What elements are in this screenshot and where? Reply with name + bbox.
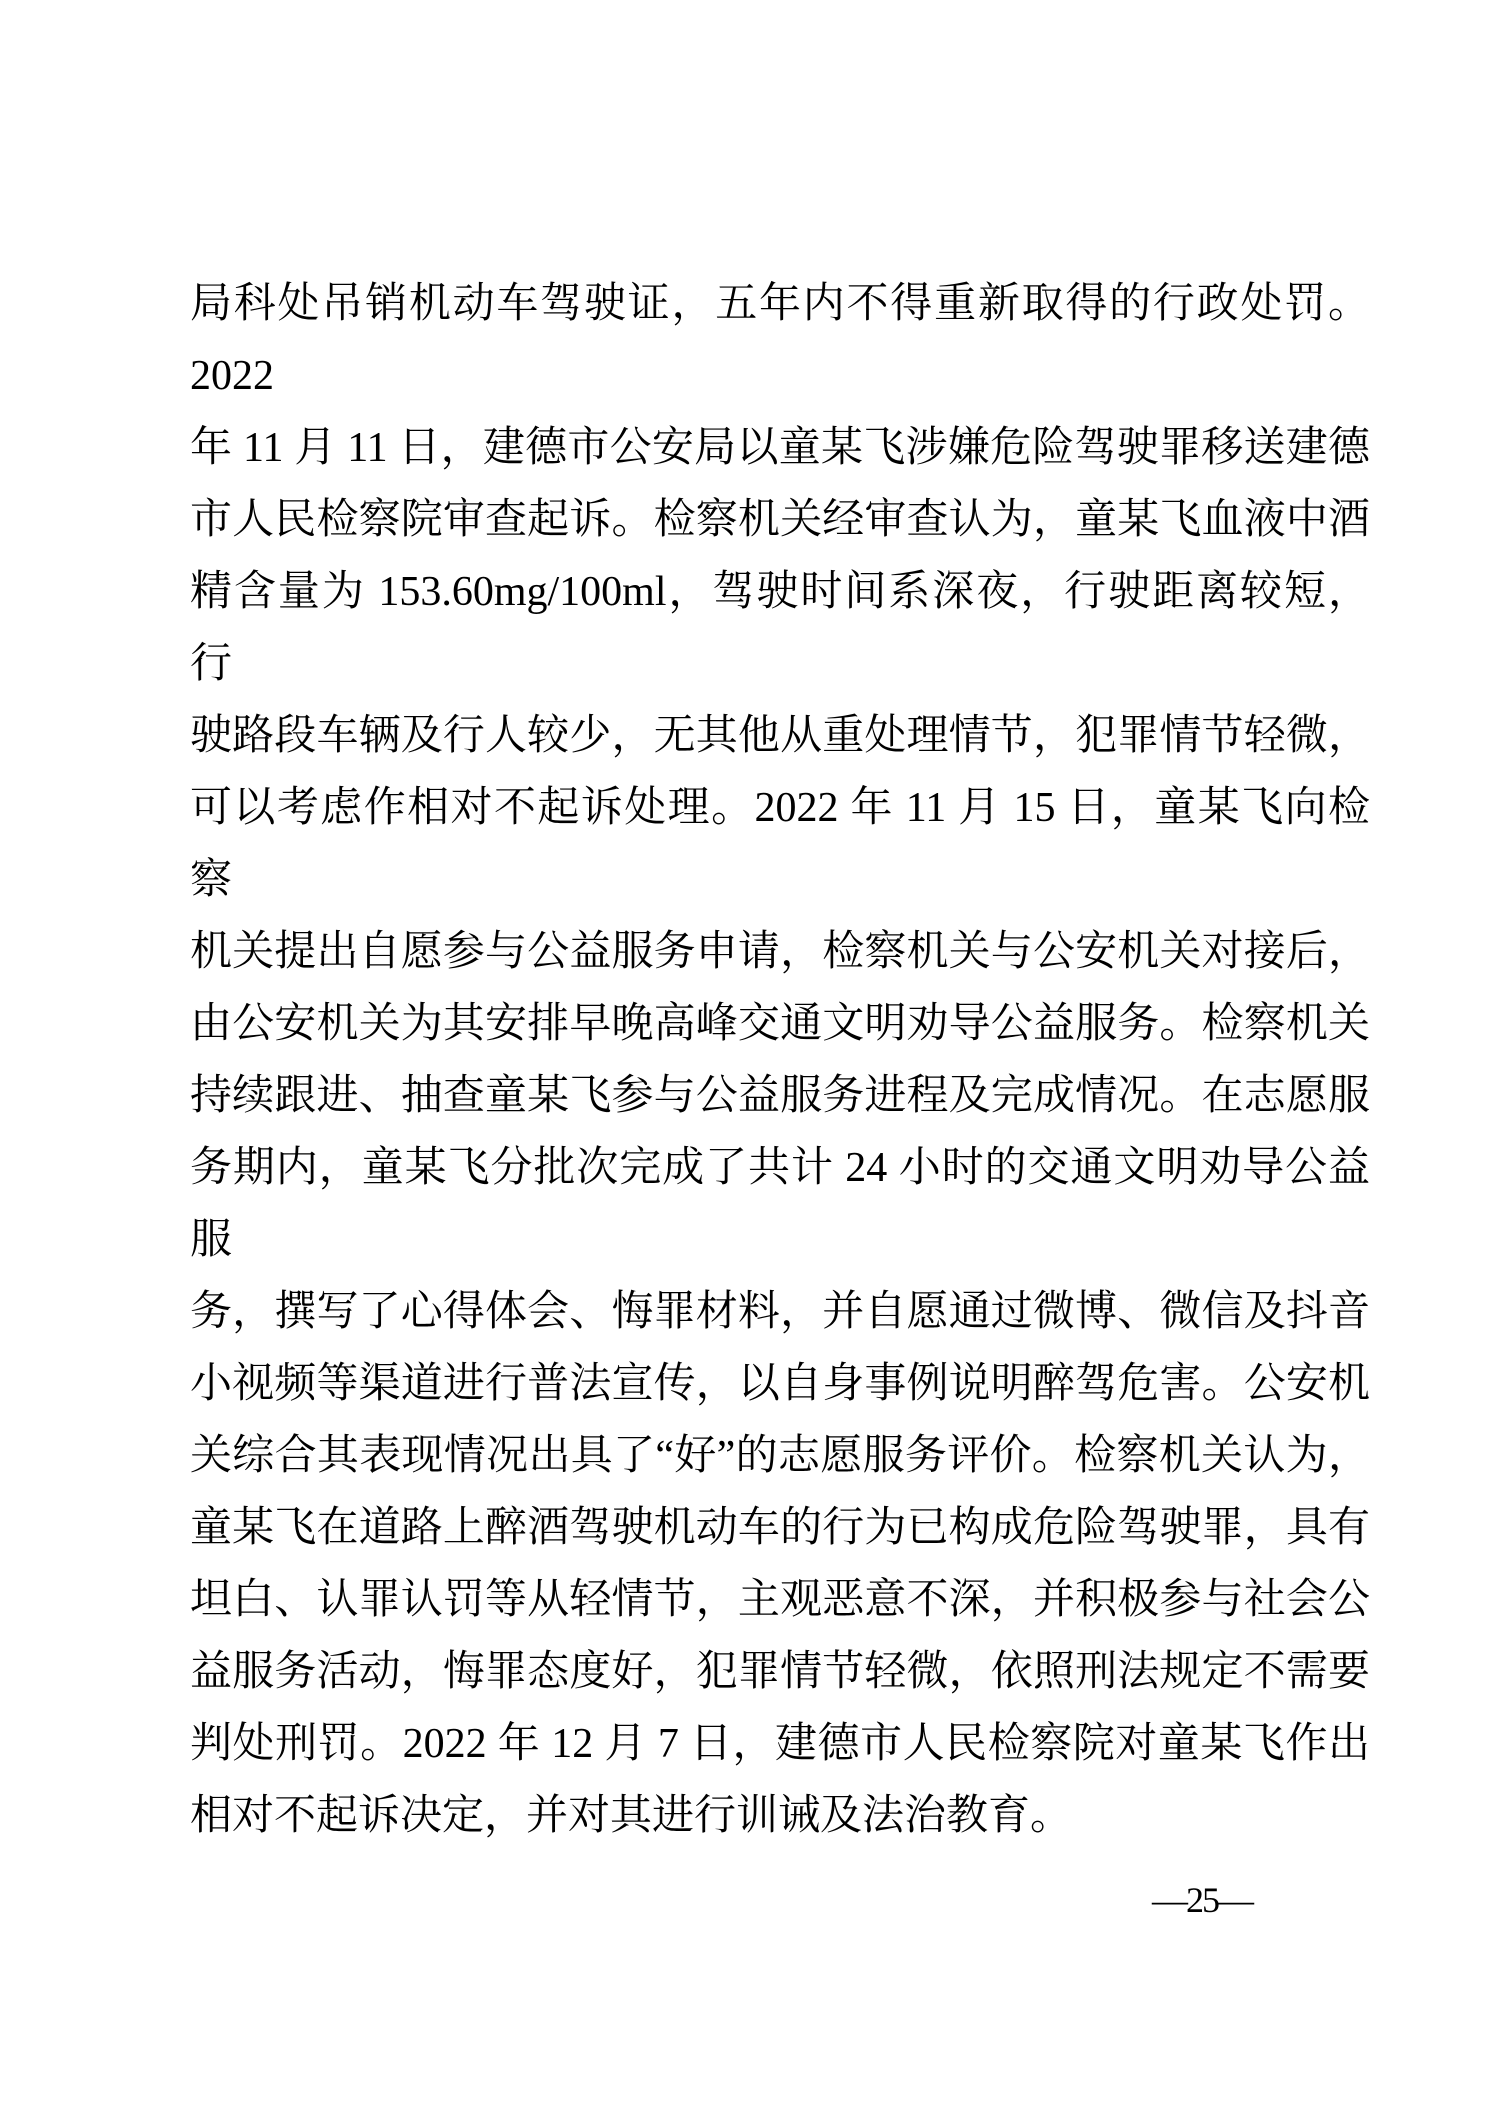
body-line: 驶路段车辆及行人较少，无其他从重处理情节，犯罪情节轻微，	[190, 700, 1370, 772]
body-line: 市人民检察院审查起诉。检察机关经审查认为，童某飞血液中酒	[190, 484, 1370, 556]
body-line: 务期内，童某飞分批次完成了共计 24 小时的交通文明劝导公益服	[190, 1132, 1370, 1276]
page-number: —25—	[1152, 1880, 1252, 1920]
body-line: 精含量为 153.60mg/100ml，驾驶时间系深夜，行驶距离较短，行	[190, 556, 1370, 700]
body-line: 益服务活动，悔罪态度好，犯罪情节轻微，依照刑法规定不需要	[190, 1636, 1370, 1708]
body-line: 坦白、认罪认罚等从轻情节，主观恶意不深，并积极参与社会公	[190, 1564, 1370, 1636]
body-line: 局科处吊销机动车驾驶证，五年内不得重新取得的行政处罚。2022	[190, 268, 1370, 412]
document-page: 局科处吊销机动车驾驶证，五年内不得重新取得的行政处罚。2022 年 11 月 1…	[0, 0, 1488, 2104]
body-line: 务，撰写了心得体会、悔罪材料，并自愿通过微博、微信及抖音	[190, 1276, 1370, 1348]
body-line: 持续跟进、抽查童某飞参与公益服务进程及完成情况。在志愿服	[190, 1060, 1370, 1132]
body-line: 童某飞在道路上醉酒驾驶机动车的行为已构成危险驾驶罪，具有	[190, 1492, 1370, 1564]
body-line: 关综合其表现情况出具了“好”的志愿服务评价。检察机关认为，	[190, 1420, 1370, 1492]
document-body: 局科处吊销机动车驾驶证，五年内不得重新取得的行政处罚。2022 年 11 月 1…	[190, 268, 1370, 1852]
body-line: 小视频等渠道进行普法宣传，以自身事例说明醉驾危害。公安机	[190, 1348, 1370, 1420]
body-line: 年 11 月 11 日，建德市公安局以童某飞涉嫌危险驾驶罪移送建德	[190, 412, 1370, 484]
body-line: 判处刑罚。2022 年 12 月 7 日，建德市人民检察院对童某飞作出	[190, 1708, 1370, 1780]
body-line: 机关提出自愿参与公益服务申请，检察机关与公安机关对接后，	[190, 916, 1370, 988]
body-line: 由公安机关为其安排早晚高峰交通文明劝导公益服务。检察机关	[190, 988, 1370, 1060]
body-line: 可以考虑作相对不起诉处理。2022 年 11 月 15 日，童某飞向检察	[190, 772, 1370, 916]
body-line: 相对不起诉决定，并对其进行训诫及法治教育。	[190, 1780, 1370, 1852]
